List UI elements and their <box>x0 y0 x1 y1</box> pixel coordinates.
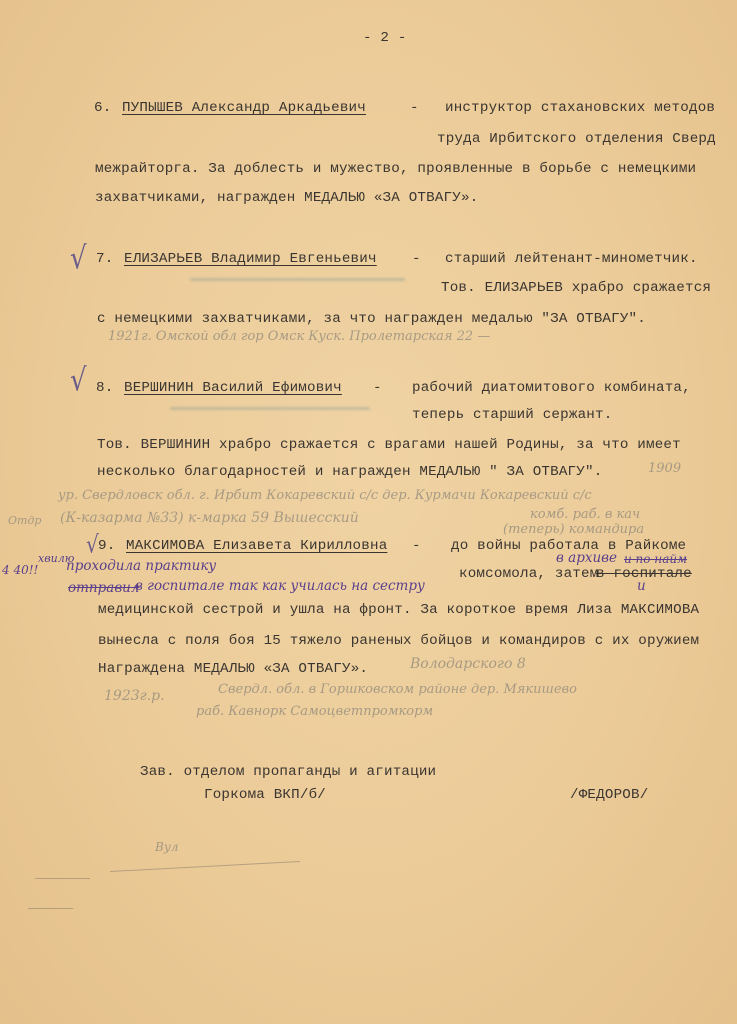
ink-smear <box>190 278 405 281</box>
signatory-name: /ФЕДОРОВ/ <box>570 787 648 803</box>
signature-title: Горкома ВКП/б/ <box>204 787 326 803</box>
text-line: захватчиками, награжден МЕДАЛЬЮ «ЗА ОТВА… <box>95 190 478 206</box>
ink-note: и <box>637 578 646 594</box>
handwritten-note: 1923г.р. <box>104 688 165 704</box>
dash: - <box>412 538 421 554</box>
ink-note: в архиве <box>556 550 617 566</box>
text-line: с немецкими захватчиками, за что награжд… <box>97 311 646 327</box>
person-name: МАКСИМОВА Елизавета Кирилловна <box>126 538 387 554</box>
handwritten-note: Свердл. обл. в Горшковском районе дер. М… <box>218 682 577 697</box>
text-line: Тов. ВЕРШИНИН храбро сражается с врагами… <box>97 437 681 453</box>
entry-number: 6. <box>94 100 111 116</box>
handwritten-note: раб. Кавнорк Самоцветпромкорм <box>196 704 433 719</box>
handwritten-note: (К-казарма №33) к-марка 59 Вышесский <box>60 510 359 526</box>
handwritten-note: комб. раб. в кач <box>530 507 640 522</box>
text-line: труда Ирбитского отделения Сверд <box>437 131 716 147</box>
dash: - <box>412 251 421 267</box>
signature-title: Зав. отделом пропаганды и агитации <box>140 764 436 780</box>
person-name: ПУПЫШЕВ Александр Аркадьевич <box>122 100 366 116</box>
margin-note: 4 40!! <box>2 563 38 577</box>
handwritten-note: Володарского 8 <box>410 656 526 672</box>
text-line: рабочий диатомитового комбината, <box>412 380 691 396</box>
checkmark-icon: √ <box>86 530 99 559</box>
pencil-line <box>110 861 300 872</box>
text-line: несколько благодарностей и награжден МЕД… <box>97 464 602 480</box>
ink-note: в госпитале так как училась на сестру <box>135 578 425 594</box>
text-line: старший лейтенант-минометчик. <box>445 251 698 267</box>
dash: - <box>410 100 419 116</box>
text-line: комсомола, затем <box>459 566 598 582</box>
pencil-line <box>35 878 90 879</box>
checkmark-icon: √ <box>70 241 87 277</box>
text-line: межрайторга. За доблесть и мужество, про… <box>95 161 696 177</box>
entry-number: 7. <box>96 251 113 267</box>
text-line: теперь старший сержант. <box>412 407 612 423</box>
ink-note-struck: отправил <box>68 580 139 596</box>
pencil-note: Вул <box>155 840 178 854</box>
page-number: - 2 - <box>363 30 407 46</box>
text-line: Тов. ЕЛИЗАРЬЕВ храбро сражается <box>441 280 711 296</box>
ink-note: проходила практику <box>66 558 216 574</box>
document-page: - 2 - 6. ПУПЫШЕВ Александр Аркадьевич - … <box>0 0 737 1024</box>
margin-note: Отдр <box>8 514 41 527</box>
handwritten-note: (теперь) командира <box>503 522 644 537</box>
text-line: вынесла с поля боя 15 тяжело раненых бой… <box>98 633 699 649</box>
text-line: медицинской сестрой и ушла на фронт. За … <box>98 602 699 618</box>
entry-number: 9. <box>98 538 115 554</box>
text-line: инструктор стахановских методов <box>445 100 715 116</box>
handwritten-note: ур. Свердловск обл. г. Ирбит Кокаревский… <box>58 488 592 503</box>
handwritten-note: 1921г. Омской обл гор Омск Куск. Пролета… <box>108 329 490 344</box>
ink-smear <box>170 407 370 410</box>
entry-number: 8. <box>96 380 113 396</box>
text-line: Награждена МЕДАЛЬЮ «ЗА ОТВАГУ». <box>98 661 368 677</box>
dash: - <box>373 380 382 396</box>
person-name: ЕЛИЗАРЬЕВ Владимир Евгеньевич <box>124 251 377 267</box>
pencil-line <box>28 908 73 909</box>
checkmark-icon: √ <box>70 363 87 399</box>
ink-note-struck: и по найм <box>624 552 687 566</box>
person-name: ВЕРШИНИН Василий Ефимович <box>124 380 342 396</box>
handwritten-year: 1909 <box>648 461 681 476</box>
